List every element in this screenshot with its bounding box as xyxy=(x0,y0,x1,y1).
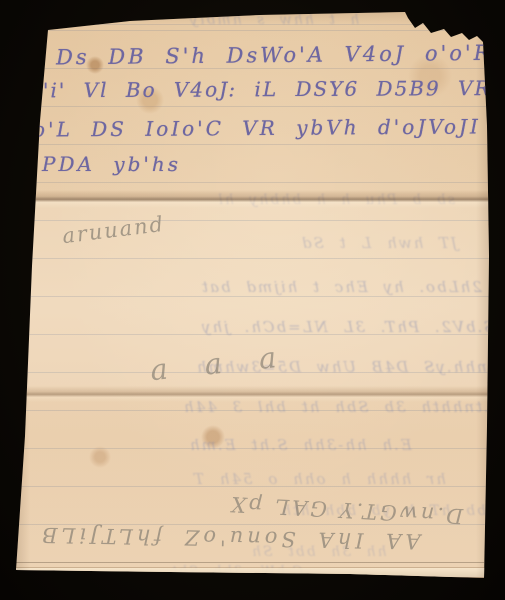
photograph-background: h t hhw s hmbly sb b Phu h h bhbhy hl JT… xyxy=(0,0,505,600)
syllabary-ink-line-3: o'L DS IoIo'C VR ybVh d'oJVoJI xyxy=(33,114,481,141)
bleedthrough-line: a.tnhhth 3b Sbh ht bhl 3 44h xyxy=(182,398,500,416)
syllabary-ink-line-4: PDA yb'hs xyxy=(42,152,181,176)
bleedthrough-line: DLES.bV2. PhT. 3L NL=bCh. jhy xyxy=(200,318,505,336)
bleedthrough-line: E.h hh-3hh S.ht E.mh xyxy=(188,436,412,454)
pencil-loop-scribbles: a a a xyxy=(149,339,292,387)
pencil-signature: aruuand xyxy=(61,212,166,248)
bleedthrough-line: 2hLbo. hy Ehc t hijmd bat xyxy=(200,278,482,296)
bleedthrough-line: h t hhw s hmbly xyxy=(188,12,359,28)
bleedthrough-line: C.hW. 3bb Sbt xyxy=(170,564,303,579)
inverted-pencil-line-1: D.nwGT.Y GAL pX xyxy=(228,492,464,528)
syllabary-ink-line-1: Ds DB S'h DsWo'A V4oJ o'o'RZ xyxy=(56,41,505,70)
bleedthrough-line: hr hhhh h ohh o 54h T xyxy=(192,470,446,488)
inverted-pencil-line-2: AA IhA Sonu'oZ fhLTJiLB xyxy=(38,523,421,554)
syllabary-ink-line-2: I'i' Vl Bo V4oJ: iL DSY6 D5B9 VR oi'TJ xyxy=(33,76,505,103)
bleedthrough-line: JT hwh L t Sd xyxy=(300,234,457,252)
bleedthrough-line: sb b Phu h h bhbhy hl xyxy=(65,192,455,208)
letter-paper: h t hhw s hmbly sb b Phu h h bhbhy hl JT… xyxy=(10,6,492,582)
